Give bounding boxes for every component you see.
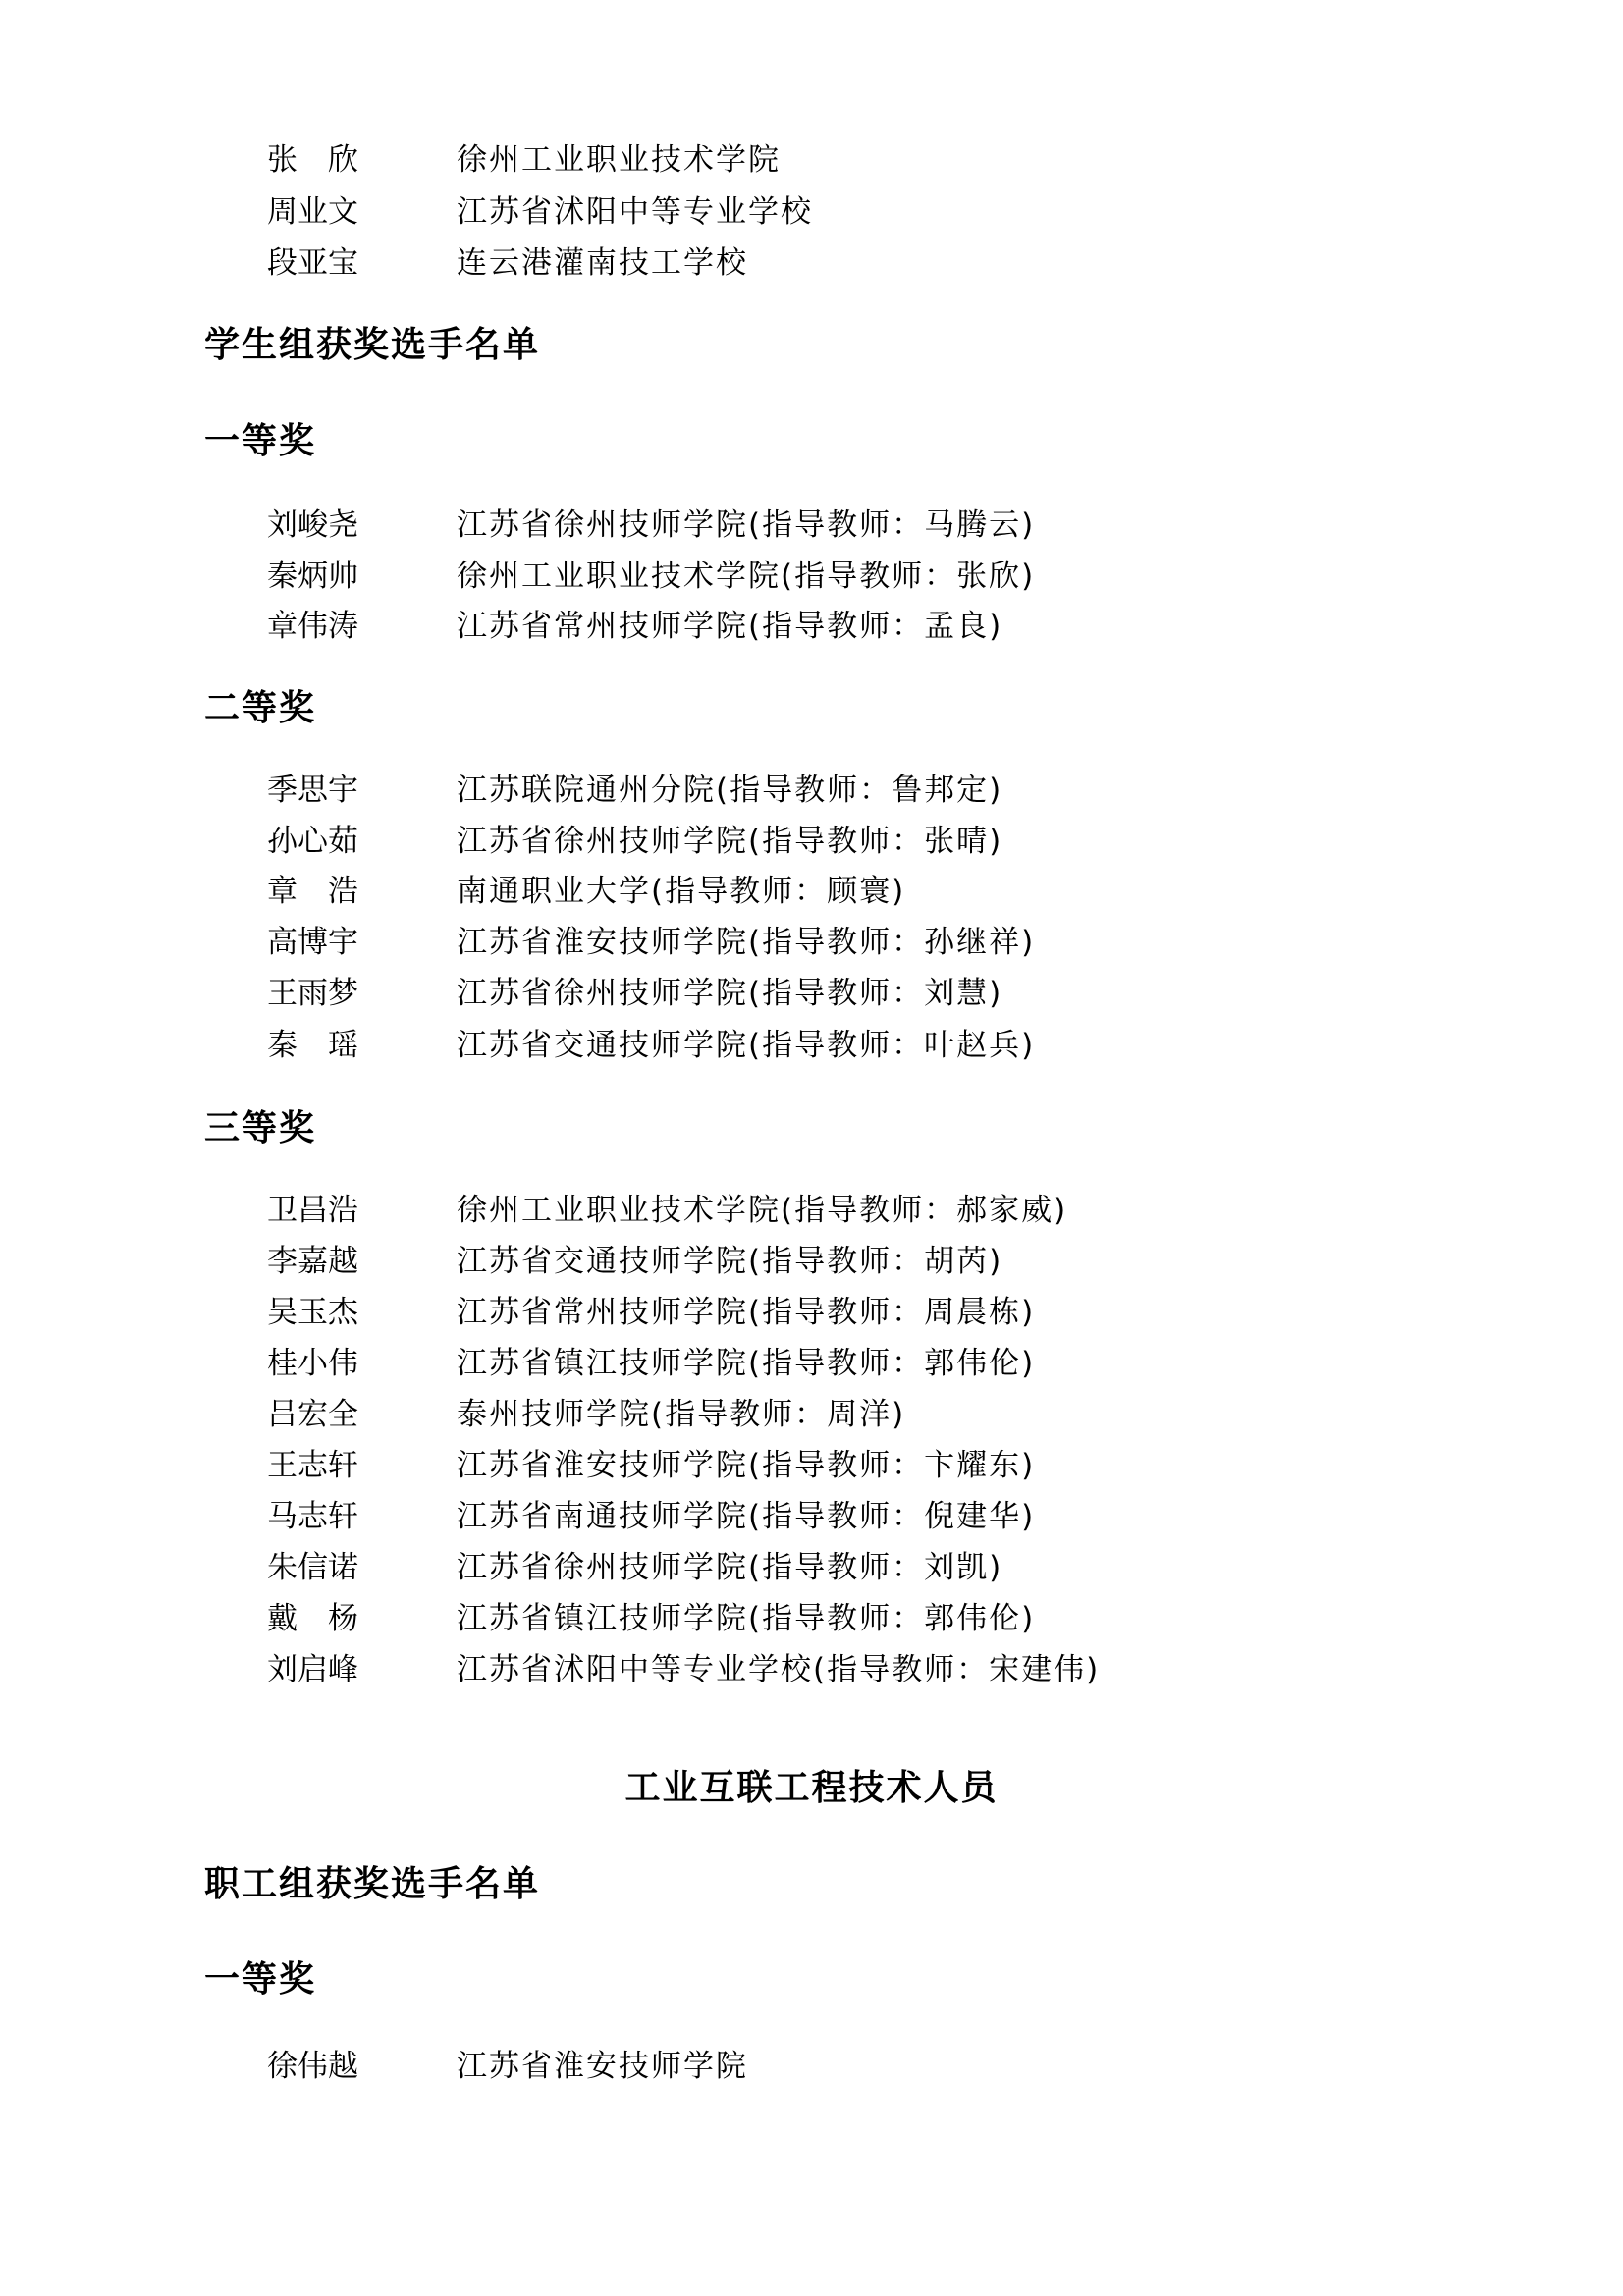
winner-name: 马志轩	[267, 1497, 365, 1536]
winner-name: 秦 瑶	[267, 1026, 365, 1065]
winner-name: 王志轩	[267, 1446, 365, 1485]
winner-name: 吕宏全	[267, 1395, 365, 1434]
winner-school: 泰州技师学院(指导教师：周洋)	[457, 1395, 905, 1434]
winner-name: 吴玉杰	[267, 1293, 365, 1332]
winner-name: 桂小伟	[267, 1344, 365, 1383]
winner-name: 孙心茹	[267, 822, 365, 861]
winner-name: 章伟涛	[267, 607, 365, 646]
winner-name: 王雨梦	[267, 974, 365, 1013]
winner-name: 徐伟越	[267, 2047, 365, 2086]
prize-heading-second: 二等奖	[204, 687, 316, 730]
winner-name: 秦炳帅	[267, 557, 365, 596]
winner-school: 江苏省徐州技师学院(指导教师：刘慧)	[457, 974, 1002, 1013]
winner-school: 江苏省徐州技师学院(指导教师：马腾云)	[457, 506, 1035, 545]
winner-school: 江苏省淮安技师学院(指导教师：卞耀东)	[457, 1446, 1035, 1485]
winner-school: 徐州工业职业技术学院	[457, 140, 781, 180]
winner-school: 江苏省淮安技师学院(指导教师：孙继祥)	[457, 923, 1035, 962]
winner-school: 徐州工业职业技术学院(指导教师：张欣)	[457, 557, 1035, 596]
winner-school: 江苏省交通技师学院(指导教师：胡芮)	[457, 1242, 1002, 1281]
winner-name: 高博宇	[267, 923, 365, 962]
prize-heading-third: 三等奖	[204, 1107, 316, 1150]
winner-name: 刘启峰	[267, 1650, 365, 1689]
winner-name: 段亚宝	[267, 243, 365, 283]
winner-school: 江苏省常州技师学院(指导教师：周晨栋)	[457, 1293, 1035, 1332]
section-heading-worker: 职工组获奖选手名单	[204, 1863, 540, 1906]
winner-school: 江苏省镇江技师学院(指导教师：郭伟伦)	[457, 1599, 1035, 1638]
winner-name: 章 浩	[267, 872, 365, 911]
winner-name: 季思宇	[267, 771, 365, 810]
winner-name: 李嘉越	[267, 1242, 365, 1281]
section-heading-student: 学生组获奖选手名单	[204, 324, 540, 367]
winner-school: 江苏省常州技师学院(指导教师：孟良)	[457, 607, 1002, 646]
winner-school: 江苏省徐州技师学院(指导教师：刘凯)	[457, 1548, 1002, 1587]
category-title: 工业互联工程技术人员	[0, 1767, 1623, 1810]
winner-school: 江苏省沭阳中等专业学校	[457, 192, 813, 232]
winner-name: 戴 杨	[267, 1599, 365, 1638]
winner-name: 周业文	[267, 192, 365, 232]
winner-name: 刘峻尧	[267, 506, 365, 545]
winner-school: 连云港灌南技工学校	[457, 243, 748, 283]
winner-school: 江苏省沭阳中等专业学校(指导教师：宋建伟)	[457, 1650, 1100, 1689]
winner-school: 江苏联院通州分院(指导教师：鲁邦定)	[457, 771, 1002, 810]
winner-school: 江苏省徐州技师学院(指导教师：张晴)	[457, 822, 1002, 861]
winner-name: 卫昌浩	[267, 1191, 365, 1230]
winner-school: 江苏省淮安技师学院	[457, 2047, 748, 2086]
winner-school: 江苏省交通技师学院(指导教师：叶赵兵)	[457, 1026, 1035, 1065]
winner-school: 江苏省镇江技师学院(指导教师：郭伟伦)	[457, 1344, 1035, 1383]
prize-heading-first: 一等奖	[204, 420, 316, 463]
winner-school: 南通职业大学(指导教师：顾寰)	[457, 872, 905, 911]
winner-name: 张 欣	[267, 140, 365, 180]
winner-school: 江苏省南通技师学院(指导教师：倪建华)	[457, 1497, 1035, 1536]
winner-school: 徐州工业职业技术学院(指导教师：郝家威)	[457, 1191, 1067, 1230]
winner-name: 朱信诺	[267, 1548, 365, 1587]
prize-heading-first: 一等奖	[204, 1958, 316, 2002]
